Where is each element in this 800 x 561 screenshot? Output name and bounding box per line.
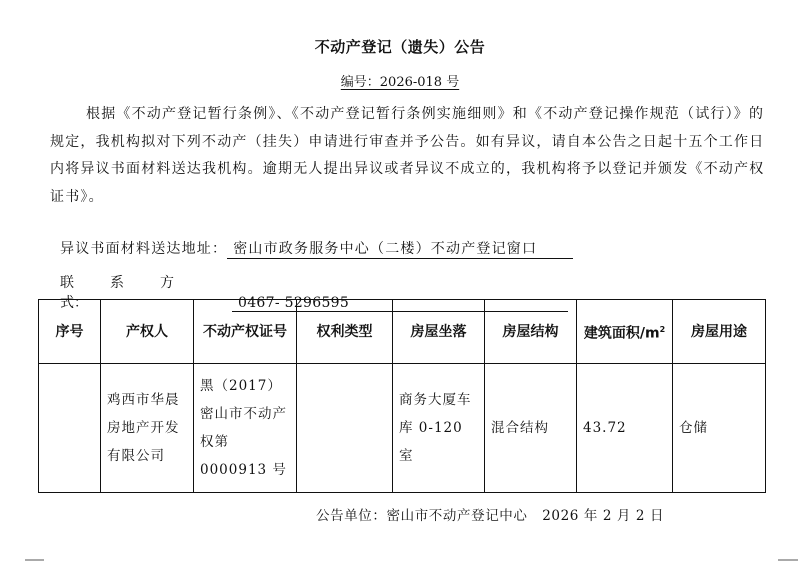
footer-date: 2026 年 2 月 2 日 [542,508,664,524]
cell-index [39,364,101,493]
objection-address-line: 异议书面材料送达地址：密山市政务服务中心（二楼）不动产登记窗口 [60,238,573,259]
contact-label-char: 系 [110,272,160,292]
cell-structure: 混合结构 [485,364,577,493]
footer: 公告单位：密山市不动产登记中心 2026 年 2 月 2 日 [316,504,664,524]
header-owner: 产权人 [101,300,194,364]
objection-address-value: 密山市政务服务中心（二楼）不动产登记窗口 [227,238,573,259]
header-usage: 房屋用途 [673,300,766,364]
contact-label-char: 联 [60,272,110,292]
cell-location: 商务大厦车库 0-120 室 [393,364,485,493]
document-number-text: 编号：2026-018 号 [341,75,459,90]
header-right-type: 权利类型 [297,300,393,364]
cell-owner: 鸡西市华晨房地产开发有限公司 [101,364,194,493]
table-header-row: 序号 产权人 不动产权证号 权利类型 房屋坐落 房屋结构 建筑面积/m2 房屋用… [39,300,766,364]
header-index: 序号 [39,300,101,364]
contact-label-char: 方 [160,272,210,292]
cell-usage: 仓储 [673,364,766,493]
header-area: 建筑面积/m2 [577,300,673,364]
header-certificate-no: 不动产权证号 [194,300,297,364]
notice-title: 不动产登记（遗失）公告 [0,36,800,57]
table-row: 鸡西市华晨房地产开发有限公司 黑（2017）密山市不动产权第 0000913 号… [39,364,766,493]
header-area-sup: 2 [660,325,666,334]
header-structure: 房屋结构 [485,300,577,364]
property-table: 序号 产权人 不动产权证号 权利类型 房屋坐落 房屋结构 建筑面积/m2 房屋用… [38,299,766,493]
objection-address-label: 异议书面材料送达地址： [60,241,227,257]
notice-body: 根据《不动产登记暂行条例》、《不动产登记暂行条例实施细则》和《不动产登记操作规范… [50,101,778,211]
notice-body-text: 根据《不动产登记暂行条例》、《不动产登记暂行条例实施细则》和《不动产登记操作规范… [50,106,764,205]
cell-right-type [297,364,393,493]
document-number: 编号：2026-018 号 [0,71,800,90]
cell-certificate-no: 黑（2017）密山市不动产权第 0000913 号 [194,364,297,493]
cell-area: 43.72 [577,364,673,493]
header-area-text: 建筑面积/m [584,325,660,341]
footer-issuer: 公告单位：密山市不动产登记中心 [316,508,528,524]
header-location: 房屋坐落 [393,300,485,364]
